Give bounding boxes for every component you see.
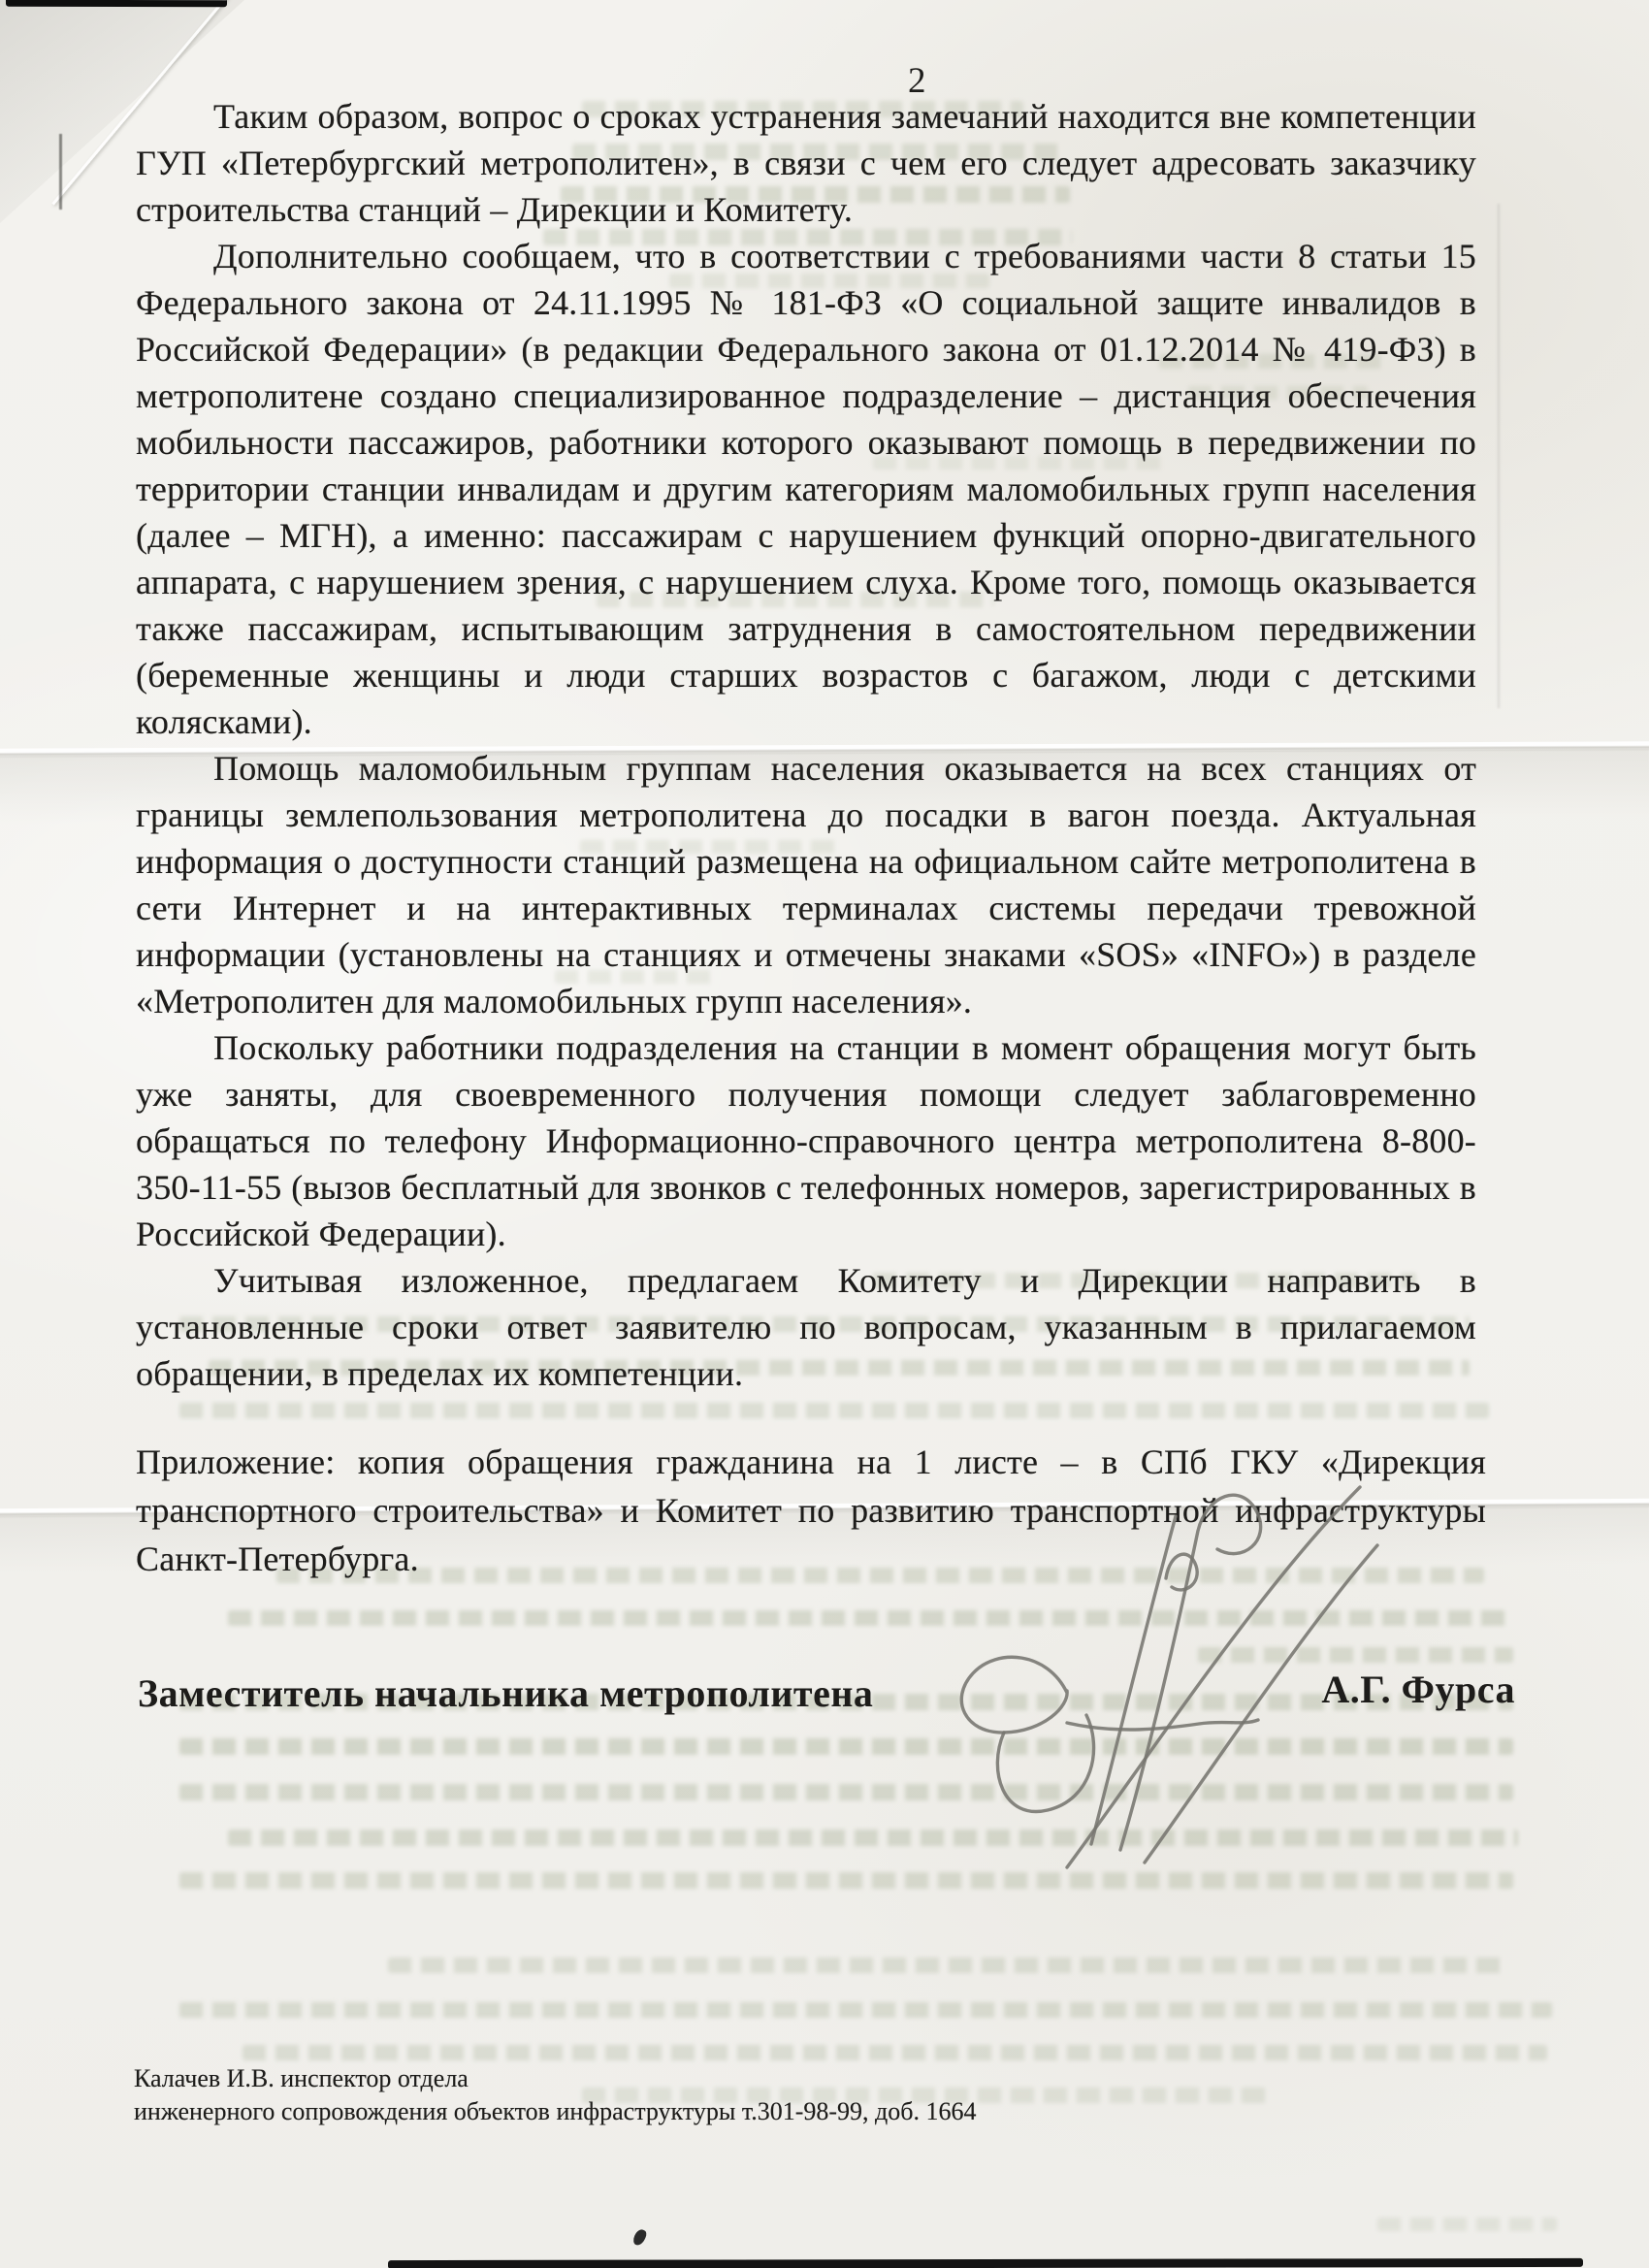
executor-line-2: инженерного сопровождения объектов инфра…: [134, 2095, 977, 2128]
vertical-crease: [1498, 204, 1500, 708]
scanned-letter-page: 2 Таким образом, вопрос о сроках устране…: [0, 0, 1649, 2268]
body-paragraph-4: Поскольку работники подразделения на ста…: [136, 1024, 1476, 1257]
letter-body: Таким образом, вопрос о сроках устранени…: [136, 93, 1476, 1397]
body-paragraph-3: Помощь маломобильным группам населения о…: [136, 745, 1476, 1024]
bleedthrough-line: [388, 1958, 1503, 1973]
scan-edge-top: [6, 0, 227, 7]
bleedthrough-line: [179, 2002, 1552, 2018]
signer-title: Заместитель начальника метрополитена: [138, 1670, 873, 1716]
scan-edge-bottom: [388, 2258, 1583, 2268]
bleedthrough-line: [1377, 2218, 1557, 2231]
executor-line-1: Калачев И.В. инспектор отдела: [134, 2062, 977, 2095]
bleedthrough-line: [242, 2045, 1547, 2060]
body-paragraph-5: Учитывая изложенное, предлагаем Комитету…: [136, 1257, 1476, 1397]
body-paragraph-1: Таким образом, вопрос о сроках устранени…: [136, 93, 1476, 233]
paper-nick: [59, 134, 62, 210]
signer-name: А.Г. Фурса: [1321, 1667, 1515, 1712]
ink-speck: [631, 2227, 648, 2247]
bleedthrough-line: [179, 1403, 1489, 1418]
body-paragraph-2: Дополнительно сообщаем, что в соответств…: [136, 233, 1476, 745]
executor-info: Калачев И.В. инспектор отдела инженерног…: [134, 2062, 977, 2128]
